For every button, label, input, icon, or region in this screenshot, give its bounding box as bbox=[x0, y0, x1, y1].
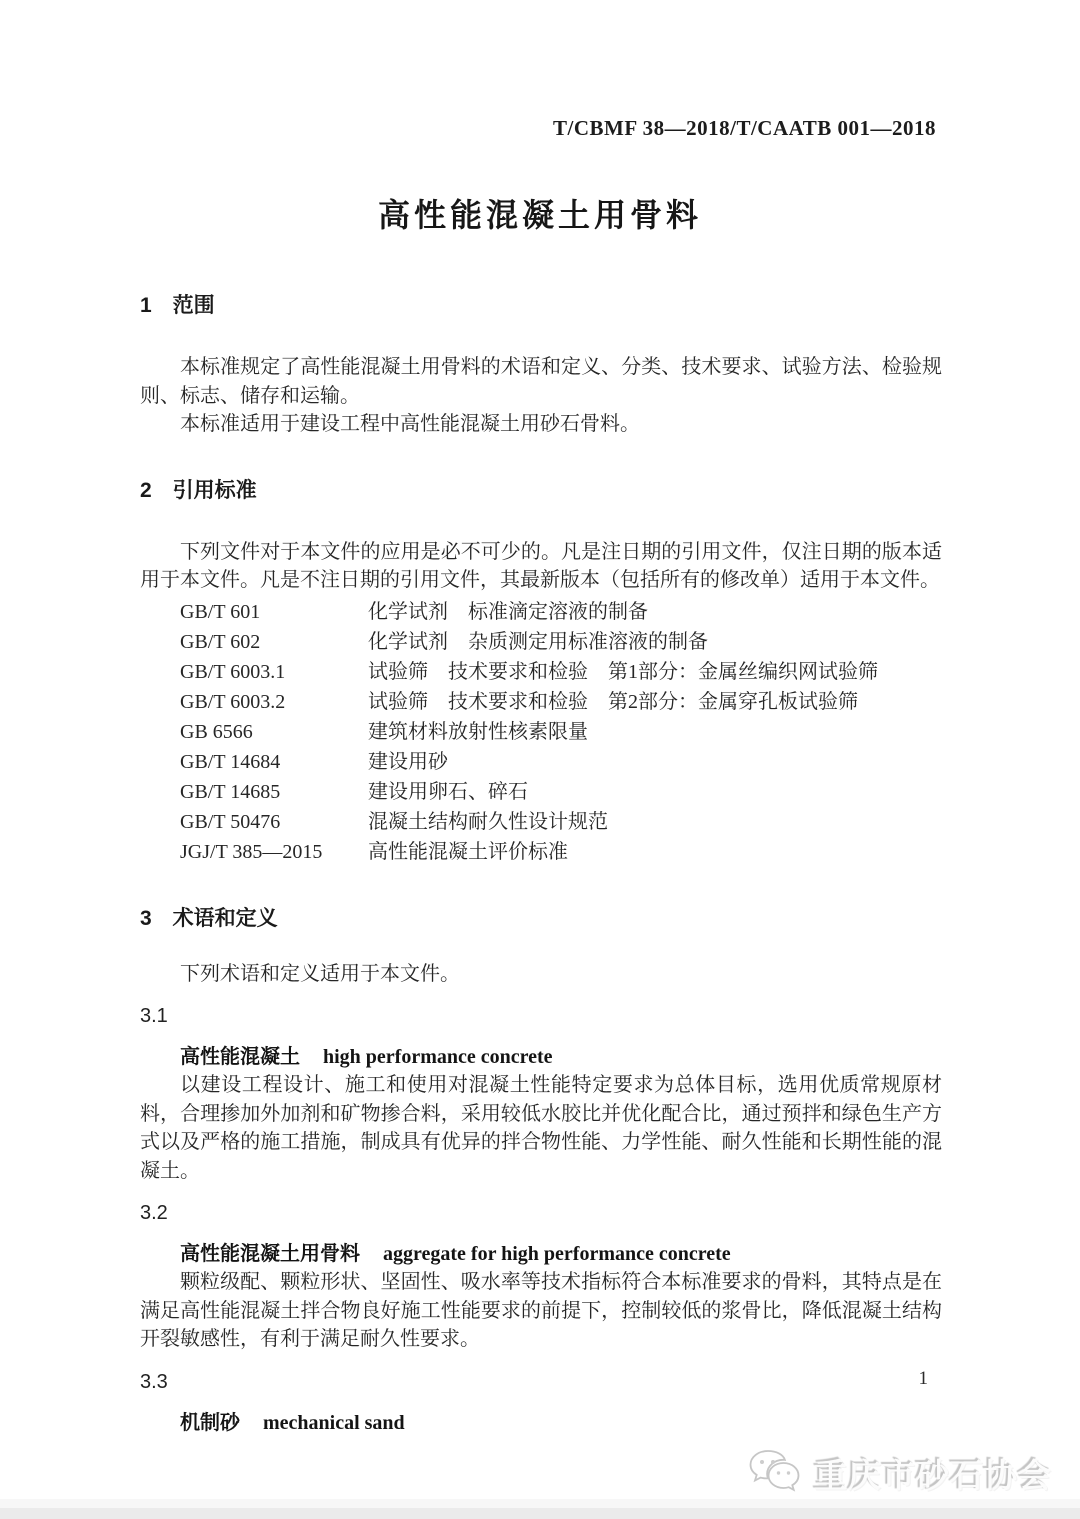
reference-row: GB/T 14684 建设用砂 bbox=[140, 747, 942, 777]
reference-row: GB/T 50476 混凝土结构耐久性设计规范 bbox=[140, 807, 942, 837]
page-title: 高性能混凝土用骨料 bbox=[0, 190, 1080, 236]
reference-code: GB/T 14684 bbox=[180, 747, 368, 777]
bottom-strip bbox=[0, 1508, 1080, 1519]
term-heading: 高性能混凝土 high performance concrete bbox=[180, 1043, 942, 1071]
term-number: 3.1 bbox=[140, 1002, 942, 1030]
reference-code: GB/T 601 bbox=[180, 597, 368, 627]
wechat-icon bbox=[746, 1447, 808, 1499]
reference-row: GB 6566 建筑材料放射性核素限量 bbox=[140, 717, 942, 747]
reference-code: GB/T 6003.2 bbox=[180, 687, 368, 717]
reference-title: 建筑材料放射性核素限量 bbox=[368, 717, 942, 747]
term-definition: 以建设工程设计、施工和使用对混凝土性能特定要求为总体目标，选用优质常规原材料，合… bbox=[140, 1071, 942, 1185]
section-3-intro: 下列术语和定义适用于本文件。 bbox=[140, 960, 942, 989]
term-name-zh: 高性能混凝土用骨料 bbox=[180, 1243, 360, 1265]
reference-title: 试验筛 技术要求和检验 第1部分：金属丝编织网试验筛 bbox=[368, 657, 942, 687]
term-name-zh: 高性能混凝土 bbox=[180, 1046, 300, 1068]
section-3-heading: 3 术语和定义 bbox=[140, 905, 942, 933]
reference-title: 高性能混凝土评价标准 bbox=[368, 837, 942, 867]
section-1-paragraph-2: 本标准适用于建设工程中高性能混凝土用砂石骨料。 bbox=[140, 410, 942, 439]
reference-code: JGJ/T 385—2015 bbox=[180, 837, 368, 867]
reference-row: GB/T 6003.2 试验筛 技术要求和检验 第2部分：金属穿孔板试验筛 bbox=[140, 687, 942, 717]
term-heading: 高性能混凝土用骨料 aggregate for high performance… bbox=[180, 1240, 942, 1268]
reference-code: GB 6566 bbox=[180, 717, 368, 747]
reference-row: GB/T 602 化学试剂 杂质测定用标准溶液的制备 bbox=[140, 627, 942, 657]
term-definition: 颗粒级配、颗粒形状、坚固性、吸水率等技术指标符合本标准要求的骨料，其特点是在满足… bbox=[140, 1268, 942, 1354]
reference-code: GB/T 50476 bbox=[180, 807, 368, 837]
page-number: 1 bbox=[919, 1368, 929, 1390]
reference-row: GB/T 601 化学试剂 标准滴定溶液的制备 bbox=[140, 597, 942, 627]
reference-title: 试验筛 技术要求和检验 第2部分：金属穿孔板试验筛 bbox=[368, 687, 942, 717]
term-number: 3.3 bbox=[140, 1368, 942, 1396]
term-name-en: high performance concrete bbox=[323, 1046, 553, 1068]
reference-row: JGJ/T 385—2015 高性能混凝土评价标准 bbox=[140, 837, 942, 867]
doc-code: T/CBMF 38—2018/T/CAATB 001—2018 bbox=[553, 116, 936, 141]
term-name-zh: 机制砂 bbox=[180, 1412, 240, 1434]
reference-code: GB/T 602 bbox=[180, 627, 368, 657]
section-1-heading: 1 范围 bbox=[140, 292, 942, 320]
reference-title: 化学试剂 杂质测定用标准溶液的制备 bbox=[368, 627, 942, 657]
term-name-en: aggregate for high performance concrete bbox=[383, 1243, 731, 1265]
reference-code: GB/T 14685 bbox=[180, 777, 368, 807]
reference-title: 化学试剂 标准滴定溶液的制备 bbox=[368, 597, 942, 627]
section-2-heading: 2 引用标准 bbox=[140, 477, 942, 505]
watermark: 重庆市砂石协会 bbox=[746, 1447, 1052, 1499]
reference-title: 建设用卵石、碎石 bbox=[368, 777, 942, 807]
reference-title: 混凝土结构耐久性设计规范 bbox=[368, 807, 942, 837]
bottom-strip-light bbox=[0, 1499, 1080, 1508]
association-name: 重庆市砂石协会 bbox=[814, 1450, 1052, 1497]
reference-code: GB/T 6003.1 bbox=[180, 657, 368, 687]
term-number: 3.2 bbox=[140, 1199, 942, 1227]
reference-title: 建设用砂 bbox=[368, 747, 942, 777]
reference-row: GB/T 6003.1 试验筛 技术要求和检验 第1部分：金属丝编织网试验筛 bbox=[140, 657, 942, 687]
references-list: GB/T 601 化学试剂 标准滴定溶液的制备 GB/T 602 化学试剂 杂质… bbox=[140, 597, 942, 867]
document-content: 1 范围 本标准规定了高性能混凝土用骨料的术语和定义、分类、技术要求、试验方法、… bbox=[140, 292, 942, 1437]
term-heading: 机制砂 mechanical sand bbox=[180, 1409, 942, 1437]
section-1-paragraph-1: 本标准规定了高性能混凝土用骨料的术语和定义、分类、技术要求、试验方法、检验规则、… bbox=[140, 353, 942, 410]
term-name-en: mechanical sand bbox=[263, 1412, 405, 1434]
reference-row: GB/T 14685 建设用卵石、碎石 bbox=[140, 777, 942, 807]
document-page: T/CBMF 38—2018/T/CAATB 001—2018 高性能混凝土用骨… bbox=[0, 0, 1080, 1519]
section-2-intro: 下列文件对于本文件的应用是必不可少的。凡是注日期的引用文件，仅注日期的版本适用于… bbox=[140, 538, 942, 595]
